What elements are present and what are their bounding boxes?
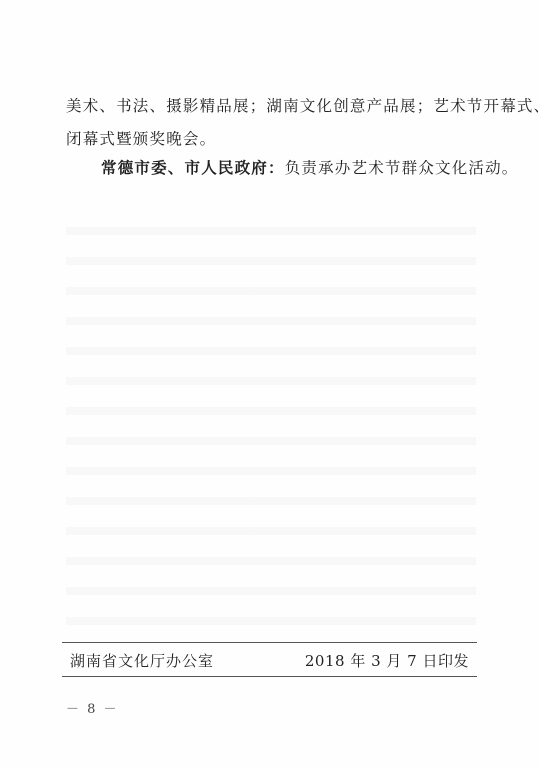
bleed-through-area [66, 205, 476, 625]
body-text-line: 闭幕式暨颁奖晚会。 [66, 127, 216, 149]
document-page: 美术、书法、摄影精品展；湖南文化创意产品展；艺术节开幕式、 闭幕式暨颁奖晚会。 … [0, 0, 538, 768]
footer-rule-top [62, 642, 477, 643]
responsible-party-label: 常德市委、市人民政府： [101, 159, 285, 177]
body-paragraph: 常德市委、市人民政府：负责承办艺术节群众文化活动。 [101, 156, 519, 178]
issue-date: 2018 年 3 月 7 日印发 [305, 650, 469, 671]
issuer-name: 湖南省文化厅办公室 [70, 650, 214, 671]
responsibility-text: 负责承办艺术节群众文化活动。 [285, 159, 519, 177]
footer-rule-bottom [62, 676, 477, 677]
page-number: － 8 － [66, 698, 119, 717]
body-text-line: 美术、书法、摄影精品展；湖南文化创意产品展；艺术节开幕式、 [66, 94, 538, 116]
